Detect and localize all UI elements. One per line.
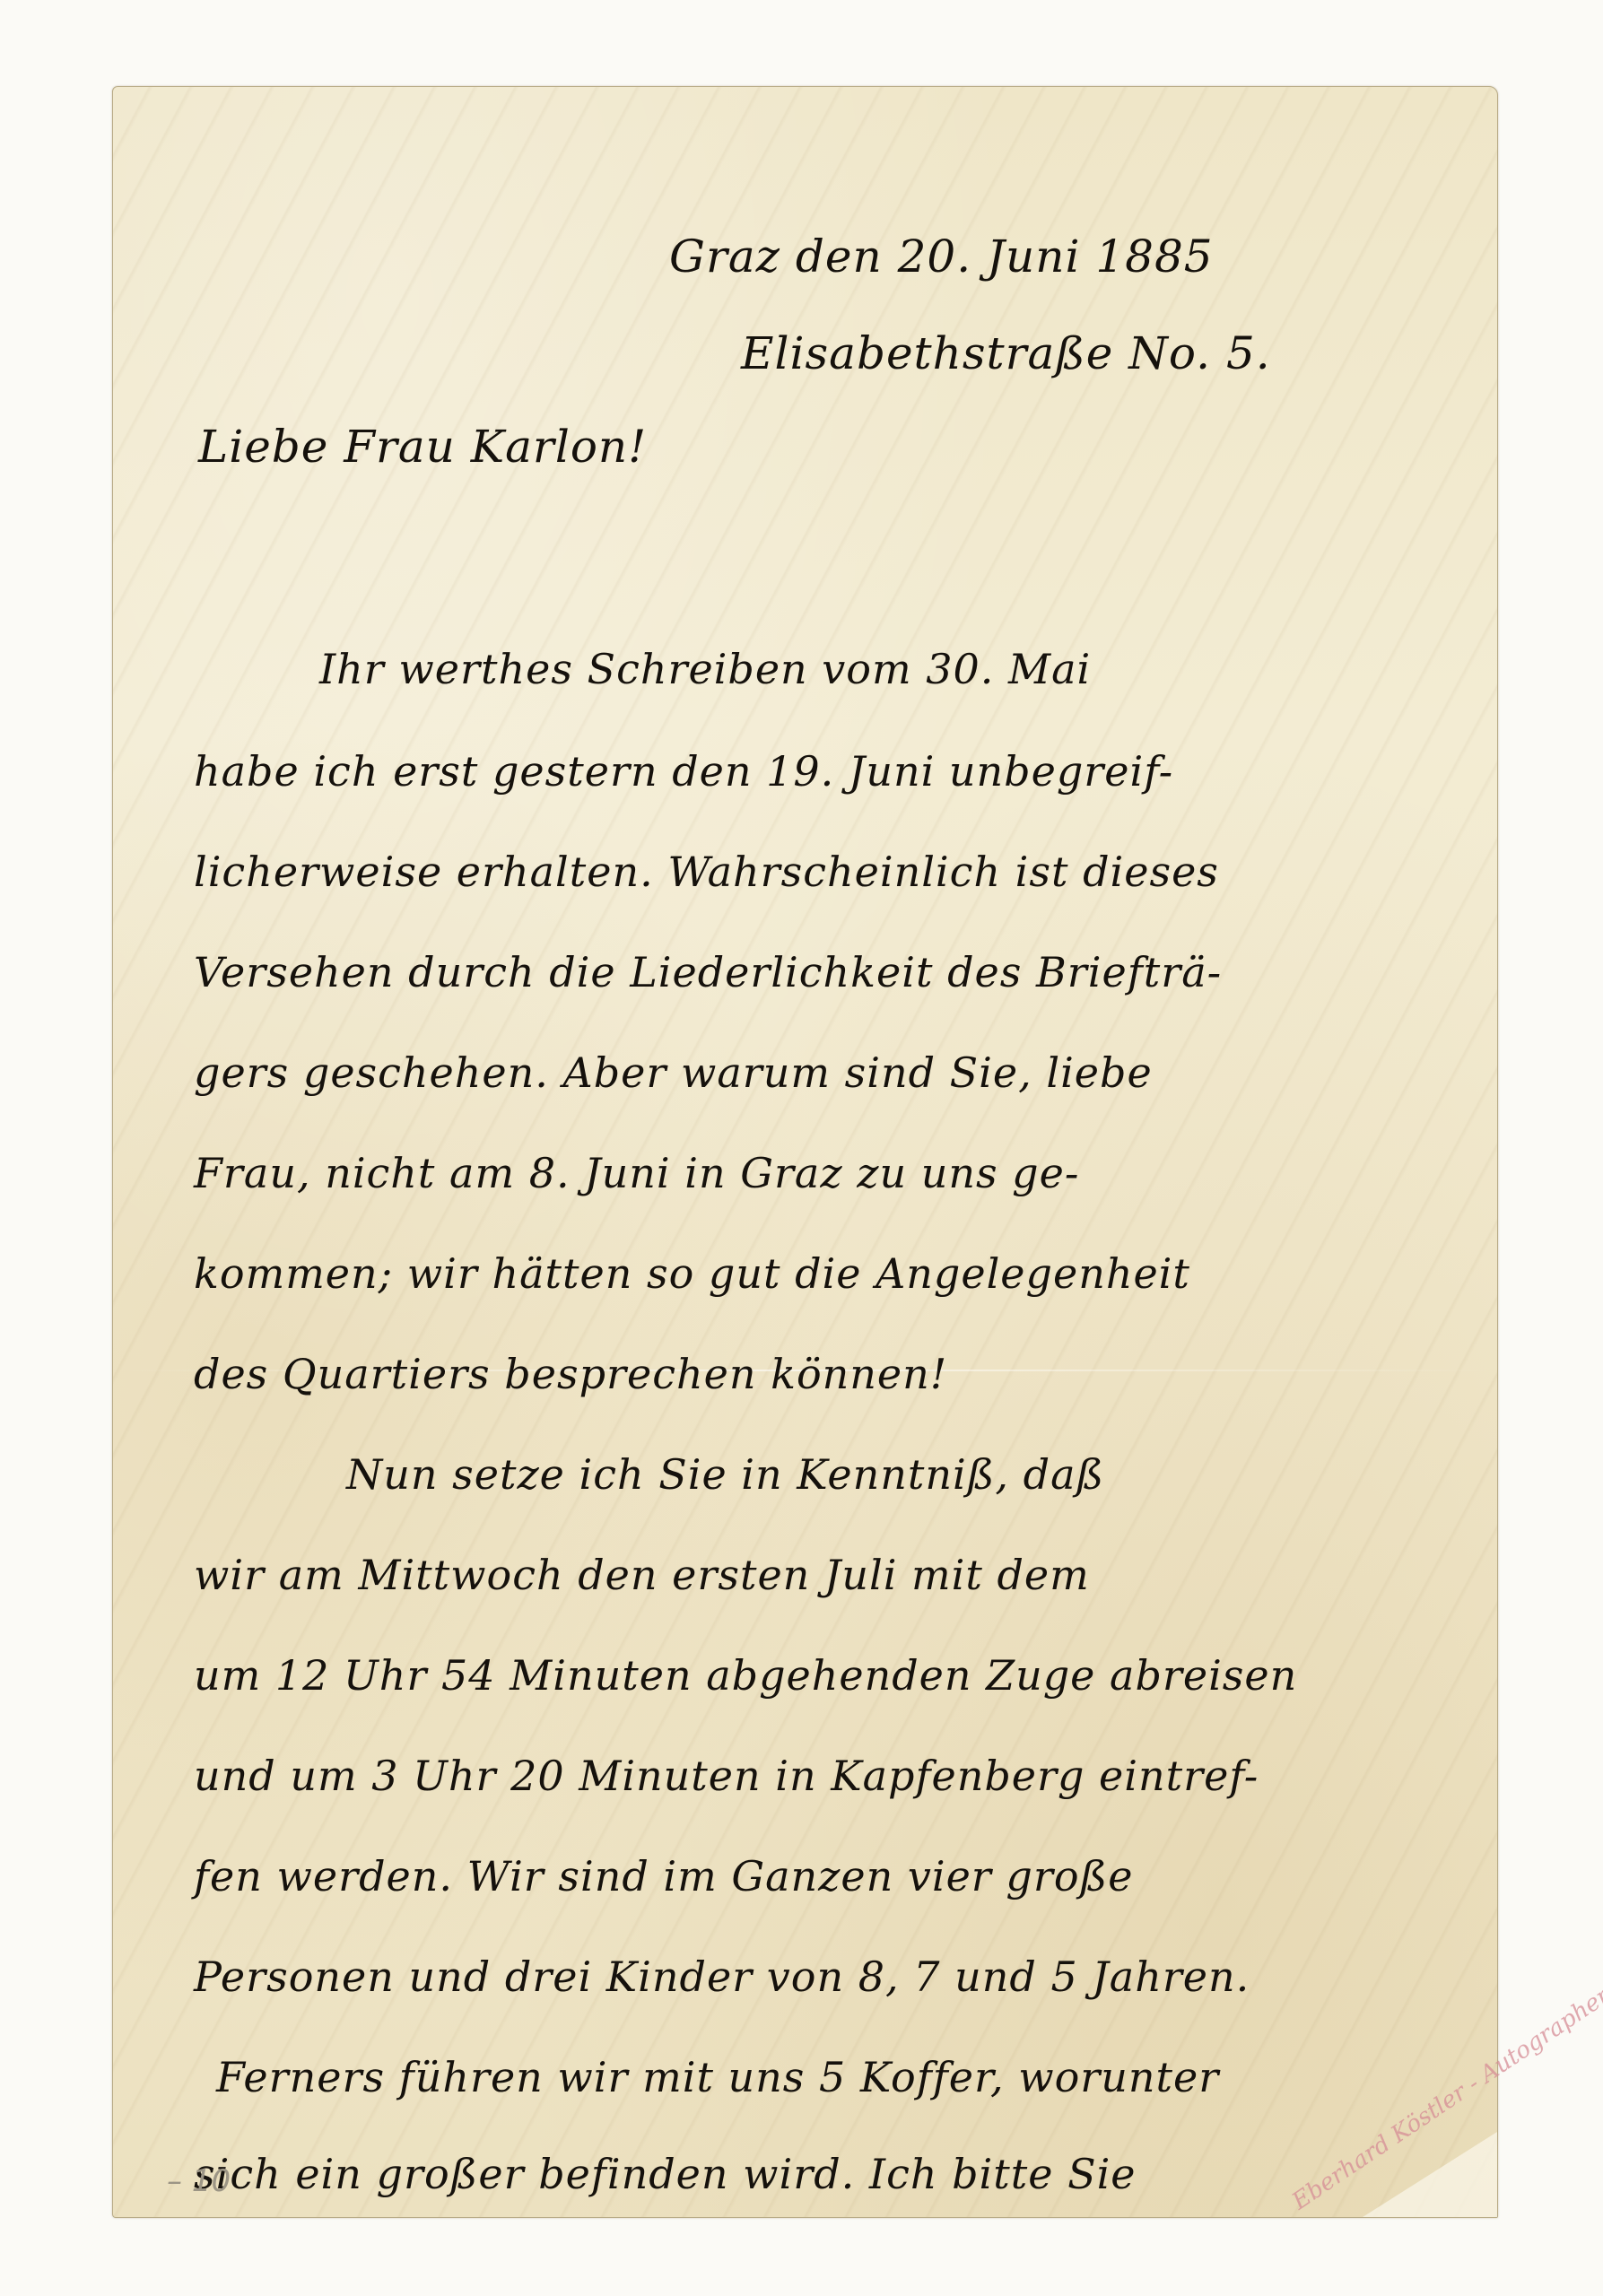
body-line: Frau, nicht am 8. Juni in Graz zu uns ge… <box>194 1149 1079 1197</box>
body-line: Personen und drei Kinder von 8, 7 und 5 … <box>194 1952 1250 2001</box>
body-line: sich ein großer befinden wird. Ich bitte… <box>194 2150 1137 2198</box>
body-line: um 12 Uhr 54 Minuten abgehenden Zuge abr… <box>194 1651 1297 1700</box>
letter-sheet: Graz den 20. Juni 1885 Elisabethstraße N… <box>112 86 1498 2218</box>
body-line: licherweise erhalten. Wahrscheinlich ist… <box>194 848 1219 896</box>
salutation: Liebe Frau Karlon! <box>198 421 647 473</box>
body-line: gers geschehen. Aber warum sind Sie, lie… <box>194 1048 1153 1097</box>
body-line: Ferners führen wir mit uns 5 Koffer, wor… <box>216 2053 1219 2101</box>
body-line: Ihr werthes Schreiben vom 30. Mai <box>319 645 1091 693</box>
body-line: kommen; wir hätten so gut die Angelegenh… <box>194 1249 1190 1298</box>
pencil-number-annotation: – 10 <box>167 2163 231 2199</box>
body-line: habe ich erst gestern den 19. Juni unbeg… <box>194 747 1173 796</box>
body-line: des Quartiers besprechen können! <box>194 1350 947 1398</box>
address-line: Elisabethstraße No. 5. <box>741 327 1271 379</box>
body-line: fen werden. Wir sind im Ganzen vier groß… <box>194 1852 1134 1900</box>
date-line: Graz den 20. Juni 1885 <box>669 230 1214 283</box>
body-line: und um 3 Uhr 20 Minuten in Kapfenberg ei… <box>194 1752 1259 1800</box>
body-line: wir am Mittwoch den ersten Juli mit dem <box>194 1551 1090 1599</box>
body-line: Versehen durch die Liederlichkeit des Br… <box>194 948 1222 996</box>
body-line: Nun setze ich Sie in Kenntniß, daß <box>346 1450 1104 1499</box>
